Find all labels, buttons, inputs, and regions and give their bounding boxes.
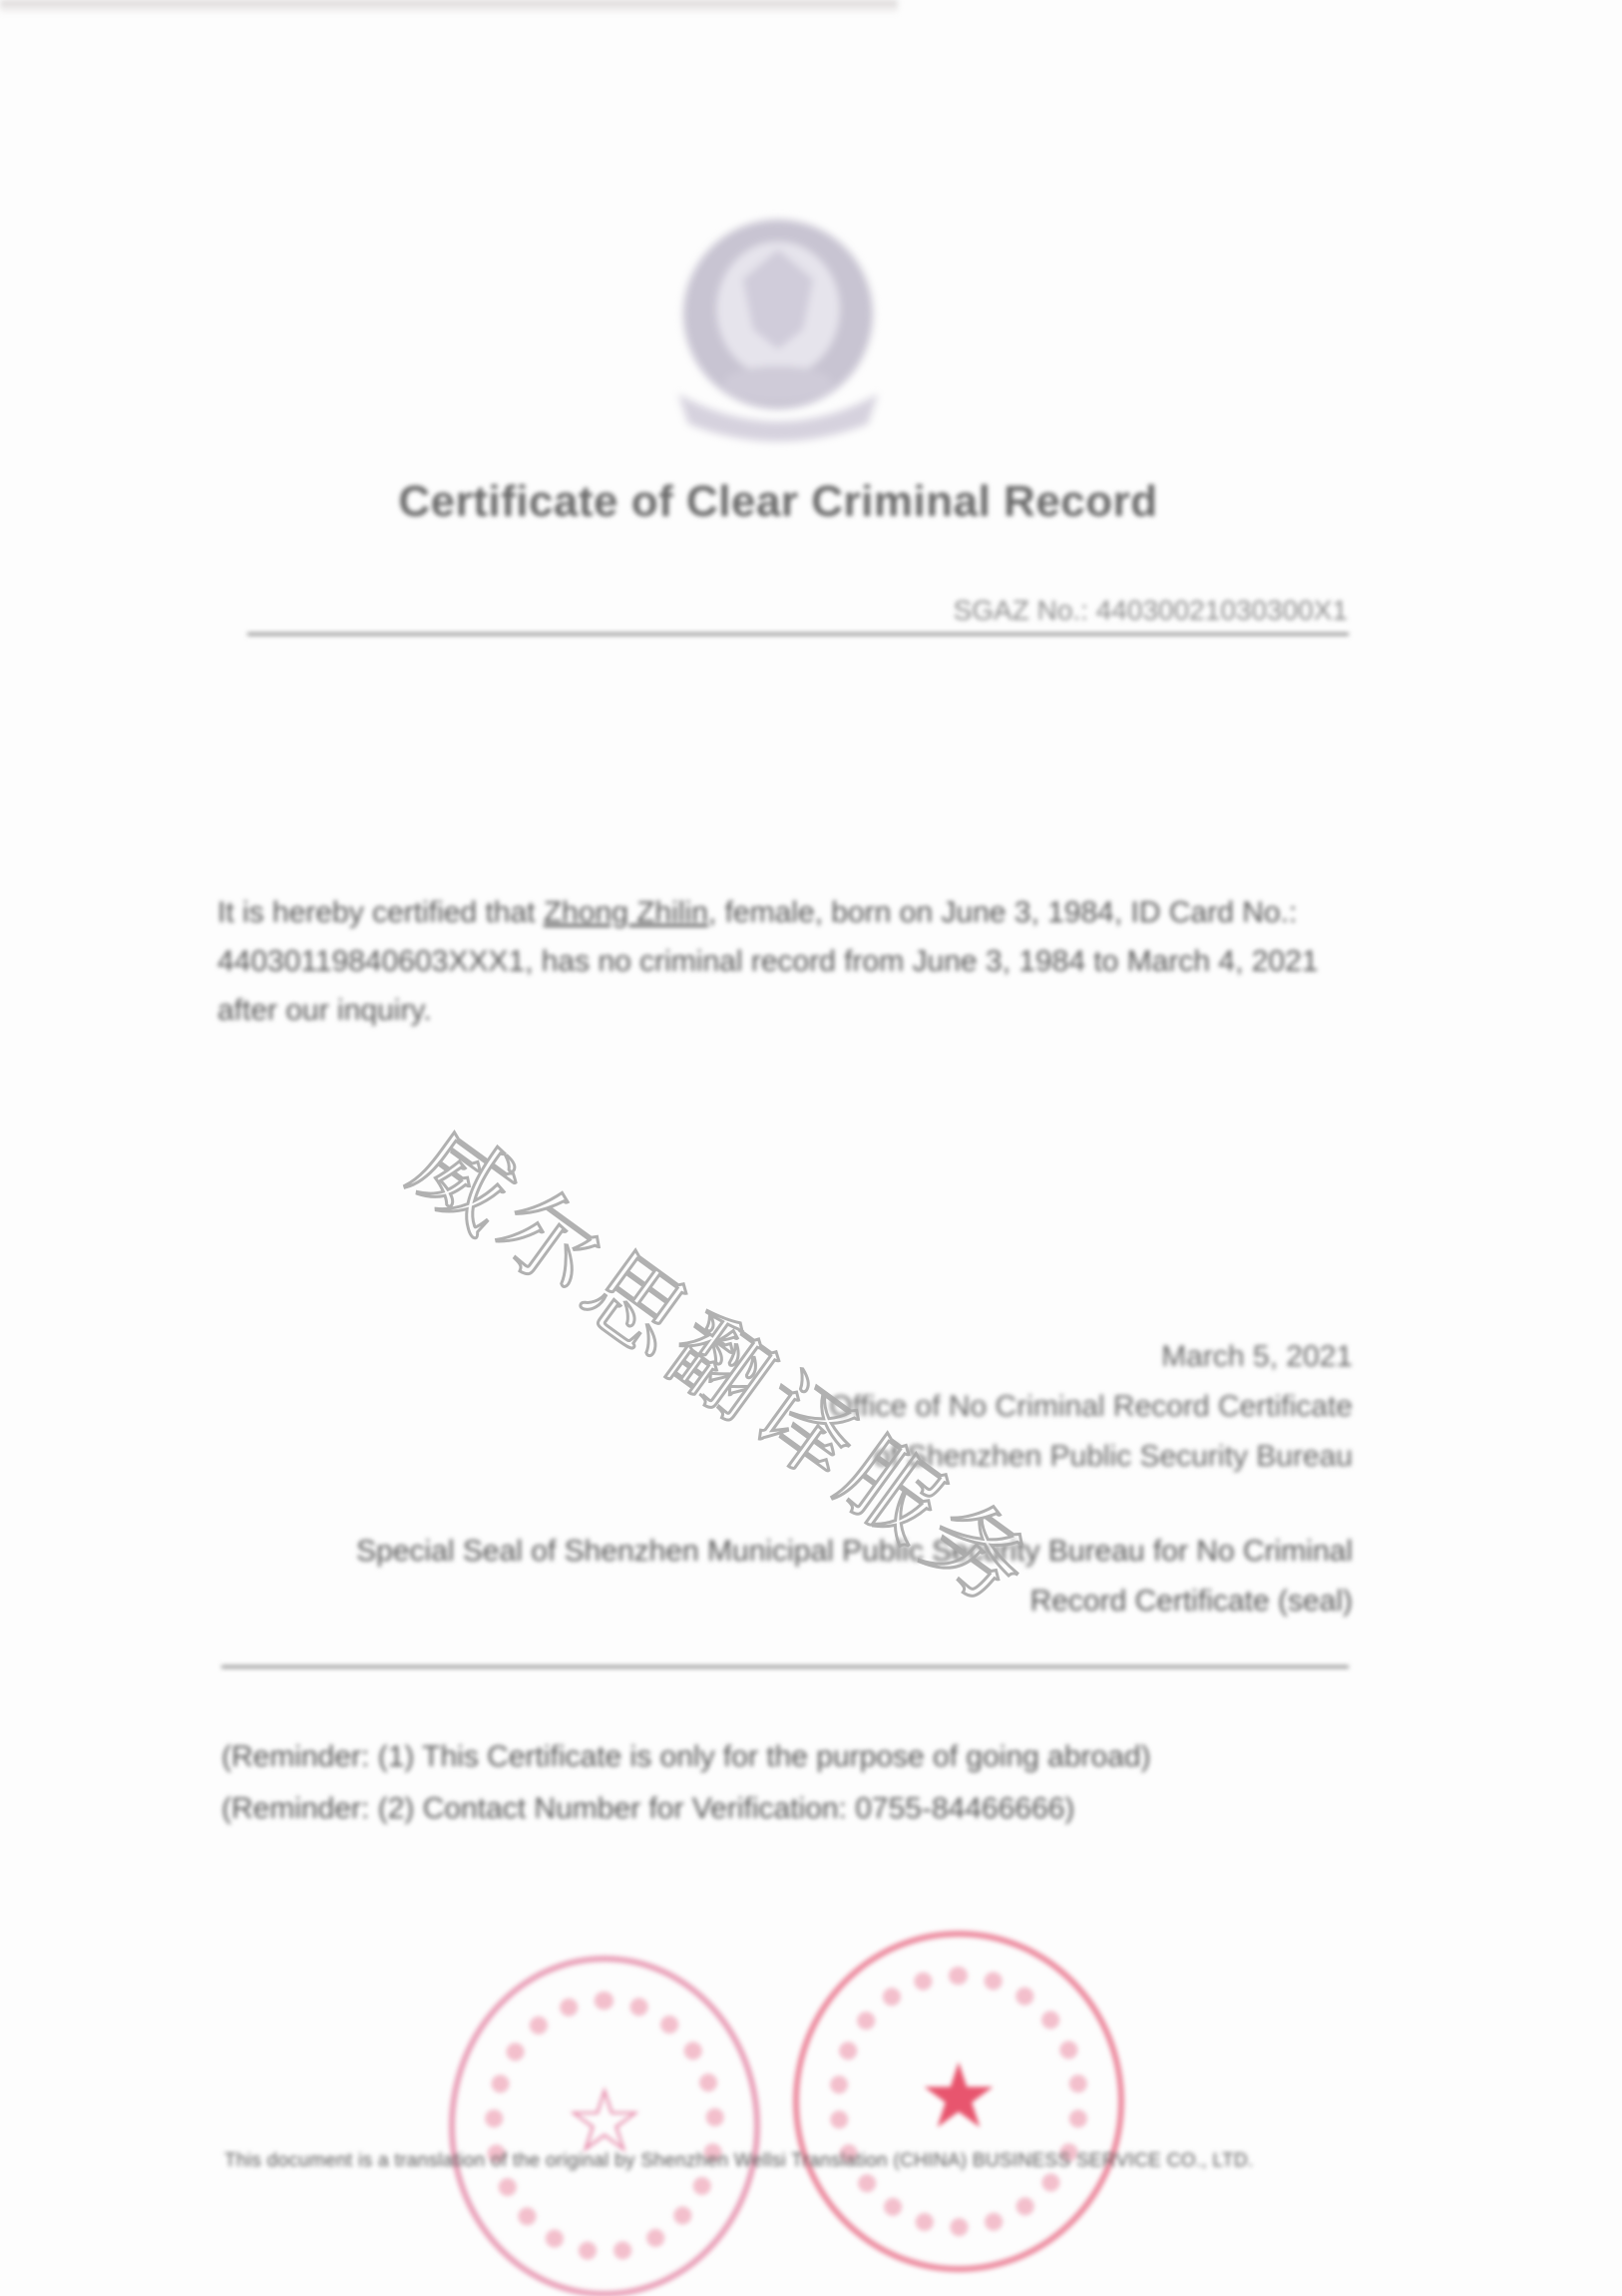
page-top-edge-shadow	[0, 0, 898, 14]
translation-footer-note: This document is a translation of the or…	[224, 2150, 1350, 2172]
translation-special-seal: ★	[793, 1931, 1124, 2272]
document-title: Certificate of Clear Criminal Record	[0, 477, 1556, 527]
seal-note-line2: Record Certificate (seal)	[255, 1577, 1353, 1626]
document-number: SGAZ No.: 44030021030300X1	[954, 595, 1348, 627]
body-prefix: It is hereby certified that	[217, 896, 544, 929]
footer-divider	[221, 1665, 1349, 1668]
certification-paragraph: It is hereby certified that Zhong Zhilin…	[217, 888, 1335, 1035]
reminder-1: (Reminder: (1) This Certificate is only …	[221, 1731, 1151, 1783]
person-name: Zhong Zhilin	[544, 896, 708, 929]
issue-date: March 5, 2021	[829, 1332, 1353, 1382]
header-divider	[247, 633, 1349, 636]
seal-note: Special Seal of Shenzhen Municipal Publi…	[255, 1527, 1353, 1626]
police-emblem-icon	[653, 210, 903, 449]
reminders: (Reminder: (1) This Certificate is only …	[221, 1731, 1151, 1835]
star-solid-icon: ★	[799, 2053, 1118, 2142]
translation-company-seal: ☆	[449, 1956, 760, 2296]
reminder-2: (Reminder: (2) Contact Number for Verifi…	[221, 1783, 1151, 1835]
seal-note-line1: Special Seal of Shenzhen Municipal Publi…	[255, 1527, 1353, 1577]
